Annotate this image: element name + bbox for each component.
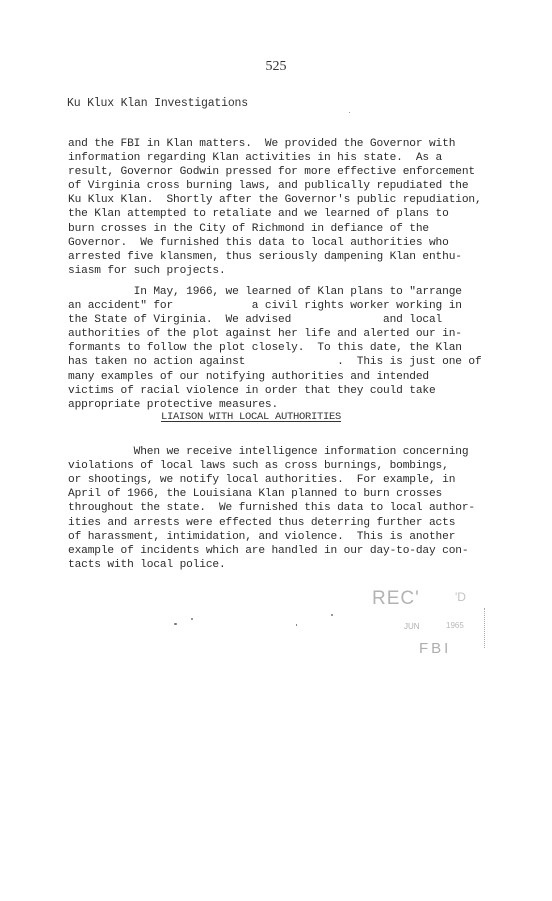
body-paragraph-1: and the FBI in Klan matters. We provided… [68,137,488,278]
stamp-edge-marks [484,608,486,648]
stamp-date-month: JUN [404,622,420,631]
body-paragraph-3: When we receive intelligence information… [68,431,488,572]
section-heading: LIAISON WITH LOCAL AUTHORITIES [161,411,341,423]
scan-speck [331,614,333,616]
scan-speck [296,624,297,626]
stamp-received-tail: 'D [455,590,466,604]
scan-speck [174,623,177,625]
stamp-date-year: 1965 [446,621,464,630]
scan-speck [191,618,193,620]
scan-speck [349,112,350,113]
running-head: Ku Klux Klan Investigations [67,97,248,110]
stamp-received-text: REC' [372,588,420,610]
page-number: 525 [0,59,552,75]
stamp-agency: FBI [419,640,451,657]
body-paragraph-2: In May, 1966, we learned of Klan plans t… [68,285,488,412]
